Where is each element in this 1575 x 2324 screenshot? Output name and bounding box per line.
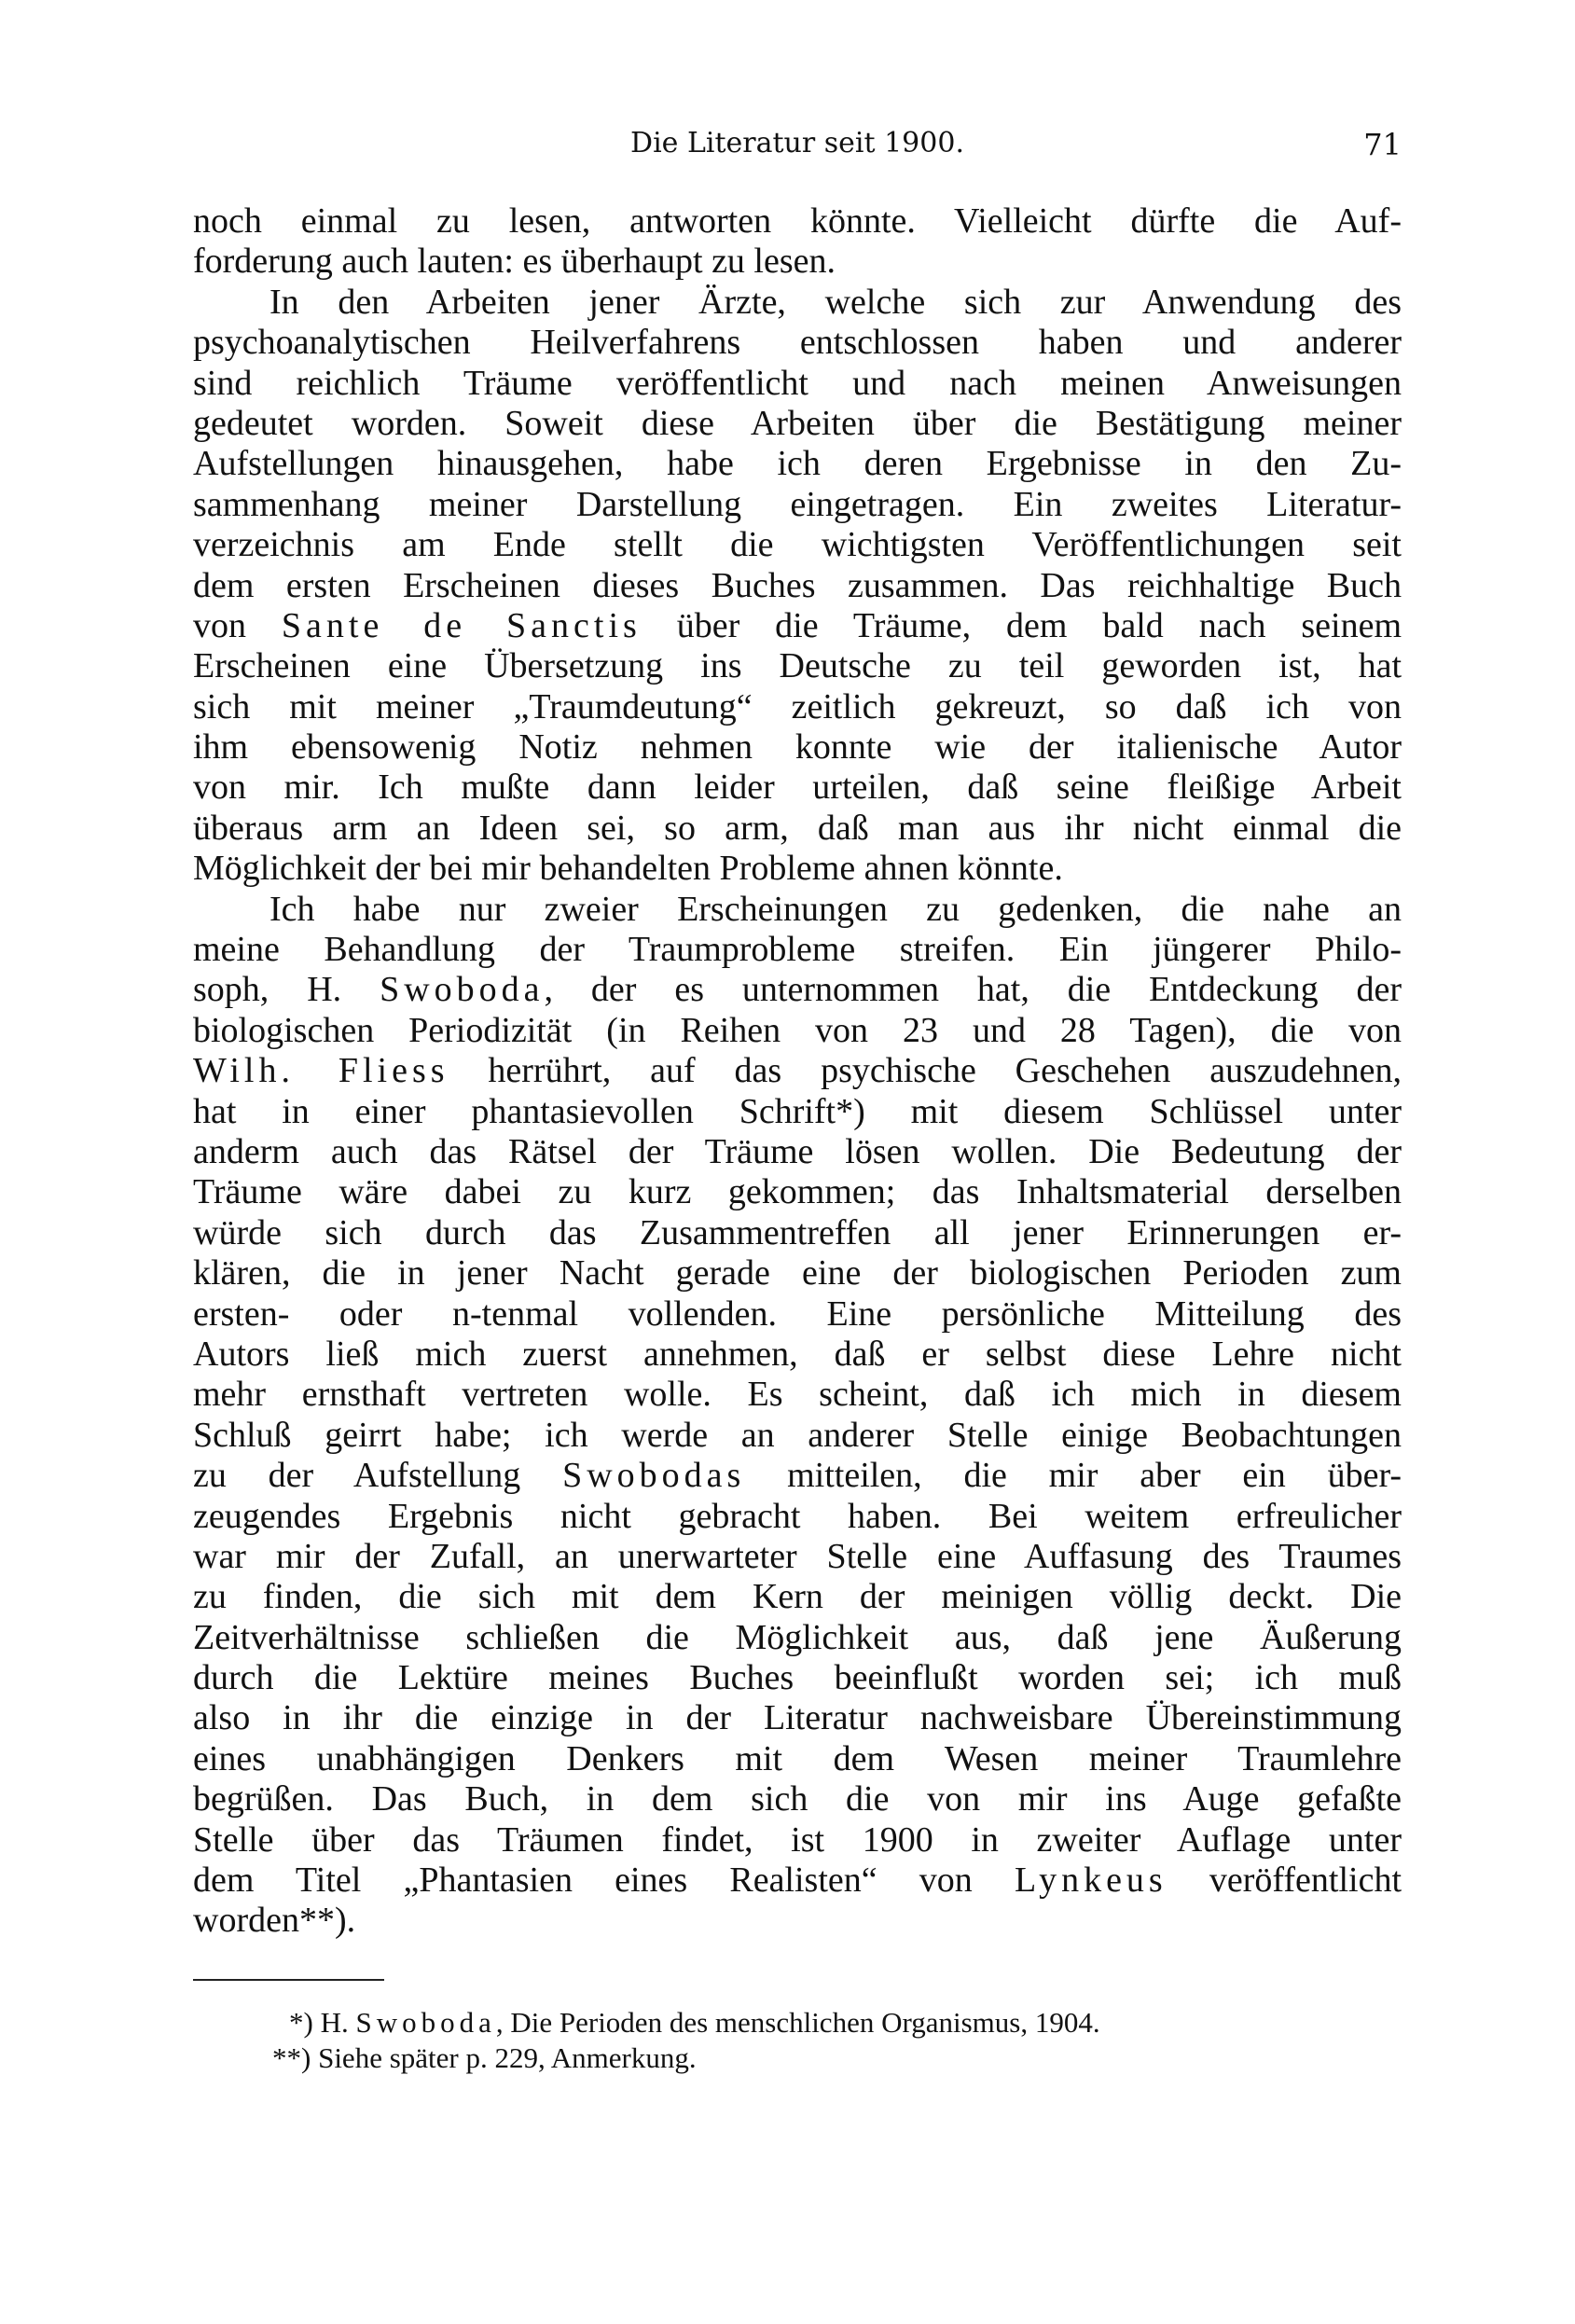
text-line: klären, die in jener Nacht gerade eine d… bbox=[193, 1253, 1402, 1293]
letterspaced-name: Lynkeus bbox=[1015, 1861, 1167, 1900]
book-page: Die Literatur seit 1900. 71 noch einmal … bbox=[0, 0, 1575, 2324]
letterspaced-name: Swoboda bbox=[380, 970, 544, 1009]
footnote-separator-rule bbox=[193, 1979, 384, 1981]
text-segment: Siehe später p. 229, Anmerkung. bbox=[318, 2041, 697, 2074]
footnote: *) H. Swoboda, Die Perioden des menschli… bbox=[193, 2005, 1402, 2040]
text-line: von mir. Ich mußte dann leider urteilen,… bbox=[193, 768, 1402, 808]
running-title: Die Literatur seit 1900. bbox=[193, 127, 1402, 159]
text-segment: mitteilen, die mir aber ein über- bbox=[745, 1456, 1402, 1495]
text-line: mehr ernsthaft vertreten wolle. Es schei… bbox=[193, 1375, 1402, 1415]
text-segment: veröffentlicht bbox=[1167, 1861, 1402, 1900]
text-line: Autors ließ mich zuerst annehmen, daß er… bbox=[193, 1335, 1402, 1375]
text-line: ihm ebensowenig Notiz nehmen konnte wie … bbox=[193, 727, 1402, 768]
text-line: soph, H. Swoboda, der es unternommen hat… bbox=[193, 970, 1402, 1010]
text-line: worden**). bbox=[193, 1901, 1402, 1941]
text-line: begrüßen. Das Buch, in dem sich die von … bbox=[193, 1779, 1402, 1819]
text-segment: , Die Perioden des menschlichen Organism… bbox=[496, 2006, 1100, 2039]
letterspaced-name: Wilh. Fliess bbox=[193, 1051, 449, 1090]
text-line: sich mit meiner „Traumdeutung“ zeitlich … bbox=[193, 687, 1402, 727]
text-line: hat in einer phantasievollen Schrift*) m… bbox=[193, 1092, 1402, 1132]
text-line: zu finden, die sich mit dem Kern der mei… bbox=[193, 1577, 1402, 1617]
text-segment: , der es unternommen hat, die Entdeckung… bbox=[545, 970, 1402, 1009]
text-line: war mir der Zufall, an unerwarteter Stel… bbox=[193, 1537, 1402, 1577]
text-line: psychoanalytischen Heilverfahrens entsch… bbox=[193, 323, 1402, 363]
text-line: durch die Lektüre meines Buches beeinflu… bbox=[193, 1658, 1402, 1698]
running-head: Die Literatur seit 1900. 71 bbox=[193, 127, 1402, 168]
text-line: also in ihr die einzige in der Literatur… bbox=[193, 1698, 1402, 1738]
text-line: meine Behandlung der Traumprobleme strei… bbox=[193, 930, 1402, 970]
text-line: ersten- oder n-tenmal vollenden. Eine pe… bbox=[193, 1294, 1402, 1335]
text-segment: über die Träume, dem bald nach seinem bbox=[642, 606, 1402, 645]
text-line: noch einmal zu lesen, antworten könnte. … bbox=[193, 201, 1402, 242]
page-number: 71 bbox=[1363, 127, 1402, 162]
text-segment: soph, H. bbox=[193, 970, 380, 1009]
letterspaced-name: Sante de Sanctis bbox=[282, 606, 642, 645]
footnote-marker: **) bbox=[272, 2041, 318, 2074]
text-line: anderm auch das Rätsel der Träume lösen … bbox=[193, 1132, 1402, 1172]
text-line: verzeichnis am Ende stellt die wichtigst… bbox=[193, 525, 1402, 565]
text-segment: von bbox=[193, 606, 282, 645]
text-line: dem Titel „Phantasien eines Realisten“ v… bbox=[193, 1861, 1402, 1901]
footnotes: *) H. Swoboda, Die Perioden des menschli… bbox=[193, 2005, 1402, 2076]
text-line: zu der Aufstellung Swobodas mitteilen, d… bbox=[193, 1456, 1402, 1496]
text-line: Möglichkeit der bei mir behandelten Prob… bbox=[193, 849, 1402, 889]
text-segment: dem Titel „Phantasien eines Realisten“ v… bbox=[193, 1861, 1015, 1900]
text-line: würde sich durch das Zusammentreffen all… bbox=[193, 1213, 1402, 1253]
text-line: Zeitverhältnisse schließen die Möglichke… bbox=[193, 1618, 1402, 1658]
footnote-marker: *) bbox=[289, 2006, 321, 2039]
letterspaced-name: Swoboda bbox=[355, 2006, 495, 2039]
text-line: gedeutet worden. Soweit diese Arbeiten ü… bbox=[193, 404, 1402, 444]
text-line: Träume wäre dabei zu kurz gekommen; das … bbox=[193, 1172, 1402, 1212]
text-segment: zu der Aufstellung bbox=[193, 1456, 562, 1495]
text-line: überaus arm an Ideen sei, so arm, daß ma… bbox=[193, 809, 1402, 849]
text-line: sammenhang meiner Darstellung eingetrage… bbox=[193, 485, 1402, 525]
text-line: Erscheinen eine Übersetzung ins Deutsche… bbox=[193, 646, 1402, 686]
text-line: Ich habe nur zweier Erscheinungen zu ged… bbox=[193, 890, 1402, 930]
text-line: biologischen Periodizität (in Reihen von… bbox=[193, 1011, 1402, 1051]
text-line: eines unabhängigen Denkers mit dem Wesen… bbox=[193, 1739, 1402, 1779]
text-line: Wilh. Fliess herrührt, auf das psychisch… bbox=[193, 1051, 1402, 1091]
body-text: noch einmal zu lesen, antworten könnte. … bbox=[193, 201, 1402, 1942]
letterspaced-name: Swobodas bbox=[562, 1456, 745, 1495]
text-line: In den Arbeiten jener Ärzte, welche sich… bbox=[193, 283, 1402, 323]
footnote: **) Siehe später p. 229, Anmerkung. bbox=[193, 2040, 1402, 2076]
text-line: zeugendes Ergebnis nicht gebracht haben.… bbox=[193, 1497, 1402, 1537]
text-line: forderung auch lauten: es überhaupt zu l… bbox=[193, 242, 1402, 282]
text-line: von Sante de Sanctis über die Träume, de… bbox=[193, 606, 1402, 646]
text-line: Aufstellungen hinausgehen, habe ich dere… bbox=[193, 444, 1402, 484]
text-line: sind reichlich Träume veröffentlicht und… bbox=[193, 364, 1402, 404]
text-segment: H. bbox=[321, 2006, 356, 2039]
text-line: Schluß geirrt habe; ich werde an anderer… bbox=[193, 1416, 1402, 1456]
text-segment: herrührt, auf das psychische Geschehen a… bbox=[449, 1051, 1402, 1090]
text-line: Stelle über das Träumen findet, ist 1900… bbox=[193, 1820, 1402, 1861]
text-line: dem ersten Erscheinen dieses Buches zusa… bbox=[193, 566, 1402, 606]
